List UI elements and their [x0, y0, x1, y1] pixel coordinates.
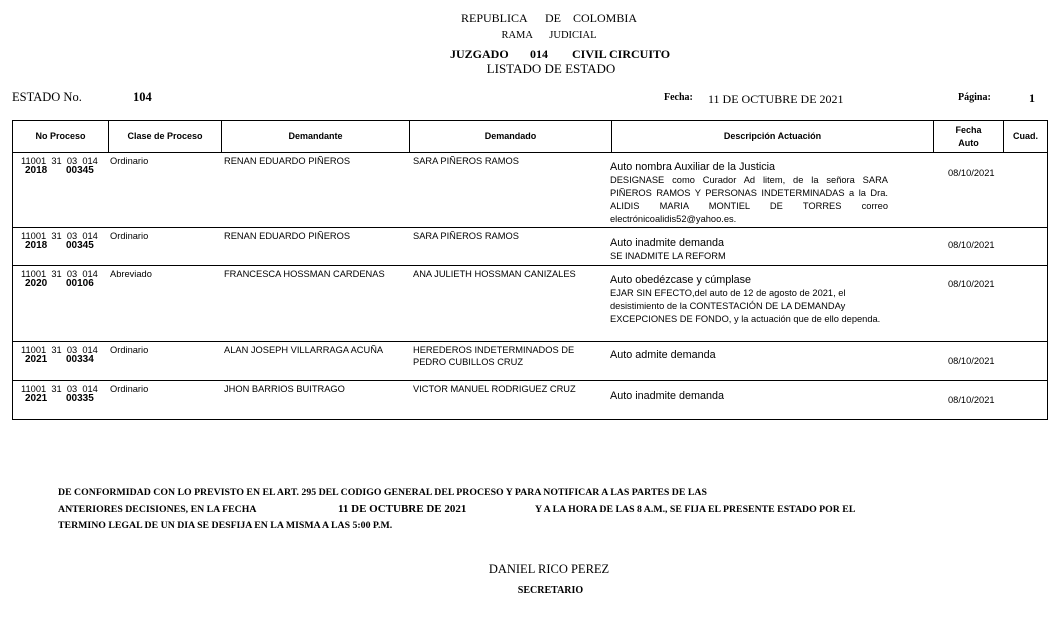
table-header: No Proceso Clase de Proceso Demandante D…	[13, 121, 1047, 153]
demandado: SARA PIÑEROS RAMOS	[413, 155, 603, 167]
column-header-no-proceso: No Proceso	[13, 121, 109, 152]
demandante: JHON BARRIOS BUITRAGO	[224, 383, 345, 395]
footer-notice-line2-end: Y A LA HORA DE LAS 8 A.M., SE FIJA EL PR…	[535, 504, 855, 515]
proceso-year-number: 202100334	[25, 354, 94, 366]
estado-number: 104	[133, 90, 152, 105]
demandante: RENAN EDUARDO PIÑEROS	[224, 230, 350, 242]
signer-role: SECRETARIO	[0, 585, 1062, 596]
estado-table: No Proceso Clase de Proceso Demandante D…	[12, 120, 1048, 420]
table-row: 11001 31 03 014201800345OrdinarioRENAN E…	[13, 228, 1047, 266]
fecha-auto: 08/10/2021	[948, 167, 995, 179]
clase-proceso: Ordinario	[110, 230, 148, 242]
estado-label: ESTADO No.	[12, 90, 82, 105]
demandante: FRANCESCA HOSSMAN CARDENAS	[224, 268, 385, 280]
table-row: 11001 31 03 014202100335OrdinarioJHON BA…	[13, 381, 1047, 419]
fecha-auto: 08/10/2021	[948, 394, 995, 406]
column-header-fecha-auto: Fecha Auto	[934, 121, 1004, 152]
proceso-year: 2021	[25, 354, 66, 366]
column-header-clase: Clase de Proceso	[109, 121, 222, 152]
proceso-year: 2018	[25, 165, 66, 177]
demandado: VICTOR MANUEL RODRIGUEZ CRUZ	[413, 383, 603, 395]
demandado: HEREDEROS INDETERMINADOS DE PEDRO CUBILL…	[413, 344, 603, 368]
table-row: 11001 31 03 014201800345OrdinarioRENAN E…	[13, 153, 1047, 228]
actuacion-title: Auto inadmite demanda	[610, 390, 888, 403]
branch-heading: RAMA JUDICIAL	[0, 30, 1062, 41]
demandante: RENAN EDUARDO PIÑEROS	[224, 155, 350, 167]
fecha-auto: 08/10/2021	[948, 355, 995, 367]
pagina-value: 1	[1029, 91, 1035, 106]
descripcion-actuacion: Auto inadmite demanda	[610, 390, 888, 403]
proceso-year-number: 202100335	[25, 393, 94, 405]
page-title: LISTADO DE ESTADO	[0, 61, 1062, 77]
column-header-cuad: Cuad.	[1004, 121, 1047, 152]
demandado: SARA PIÑEROS RAMOS	[413, 230, 603, 242]
country-heading: REPUBLICA DE COLOMBIA	[0, 11, 1062, 26]
actuacion-title: Auto obedézcase y cúmplase	[610, 274, 888, 287]
column-header-descripcion: Descripción Actuación	[612, 121, 934, 152]
court-type: CIVIL CIRCUITO	[572, 47, 670, 62]
actuacion-detail: EJAR SIN EFECTO,del auto de 12 de agosto…	[610, 287, 888, 326]
signer-name: DANIEL RICO PEREZ	[0, 562, 1062, 577]
fecha-label: Fecha:	[664, 92, 693, 103]
footer-notice-line2-start: ANTERIORES DECISIONES, EN LA FECHA	[58, 504, 256, 515]
proceso-year-number: 201800345	[25, 165, 94, 177]
footer-notice-line3: TERMINO LEGAL DE UN DIA SE DESFIJA EN LA…	[58, 520, 392, 531]
table-row: 11001 31 03 014202100334OrdinarioALAN JO…	[13, 342, 1047, 381]
descripcion-actuacion: Auto nombra Auxiliar de la JusticiaDESIG…	[610, 161, 888, 226]
proceso-number: 00334	[66, 354, 94, 366]
clase-proceso: Ordinario	[110, 344, 148, 356]
actuacion-detail: DESIGNASE como Curador Ad litem, de la s…	[610, 174, 888, 226]
fecha-auto: 08/10/2021	[948, 239, 995, 251]
clase-proceso: Ordinario	[110, 155, 148, 167]
proceso-number: 00335	[66, 393, 94, 405]
proceso-number: 00345	[66, 165, 94, 177]
demandado: ANA JULIETH HOSSMAN CANIZALES	[413, 268, 603, 280]
proceso-number: 00106	[66, 278, 94, 290]
proceso-year: 2021	[25, 393, 66, 405]
fecha-auto: 08/10/2021	[948, 278, 995, 290]
proceso-year-number: 201800345	[25, 240, 94, 252]
proceso-year: 2018	[25, 240, 66, 252]
descripcion-actuacion: Auto inadmite demandaSE INADMITE LA REFO…	[610, 237, 888, 263]
actuacion-title: Auto inadmite demanda	[610, 237, 888, 250]
proceso-number: 00345	[66, 240, 94, 252]
court-number: 014	[530, 47, 572, 62]
table-row: 11001 31 03 014202000106AbreviadoFRANCES…	[13, 266, 1047, 342]
descripcion-actuacion: Auto obedézcase y cúmplaseEJAR SIN EFECT…	[610, 274, 888, 326]
column-header-demandado: Demandado	[410, 121, 612, 152]
proceso-year: 2020	[25, 278, 66, 290]
table-body: 11001 31 03 014201800345OrdinarioRENAN E…	[13, 153, 1047, 419]
descripcion-actuacion: Auto admite demanda	[610, 349, 888, 362]
column-header-demandante: Demandante	[222, 121, 410, 152]
court-label: JUZGADO	[450, 47, 530, 62]
fecha-value: 11 DE OCTUBRE DE 2021	[708, 92, 844, 107]
demandante: ALAN JOSEPH VILLARRAGA ACUÑA	[224, 344, 383, 356]
actuacion-title: Auto admite demanda	[610, 349, 888, 362]
footer-notice-date: 11 DE OCTUBRE DE 2021	[338, 503, 466, 515]
actuacion-title: Auto nombra Auxiliar de la Justicia	[610, 161, 888, 174]
court-heading: JUZGADO014CIVIL CIRCUITO	[450, 47, 670, 62]
clase-proceso: Abreviado	[110, 268, 152, 280]
proceso-year-number: 202000106	[25, 278, 94, 290]
pagina-label: Página:	[958, 92, 991, 103]
actuacion-detail: SE INADMITE LA REFORM	[610, 250, 888, 263]
clase-proceso: Ordinario	[110, 383, 148, 395]
footer-notice-line1: DE CONFORMIDAD CON LO PREVISTO EN EL ART…	[58, 487, 707, 498]
